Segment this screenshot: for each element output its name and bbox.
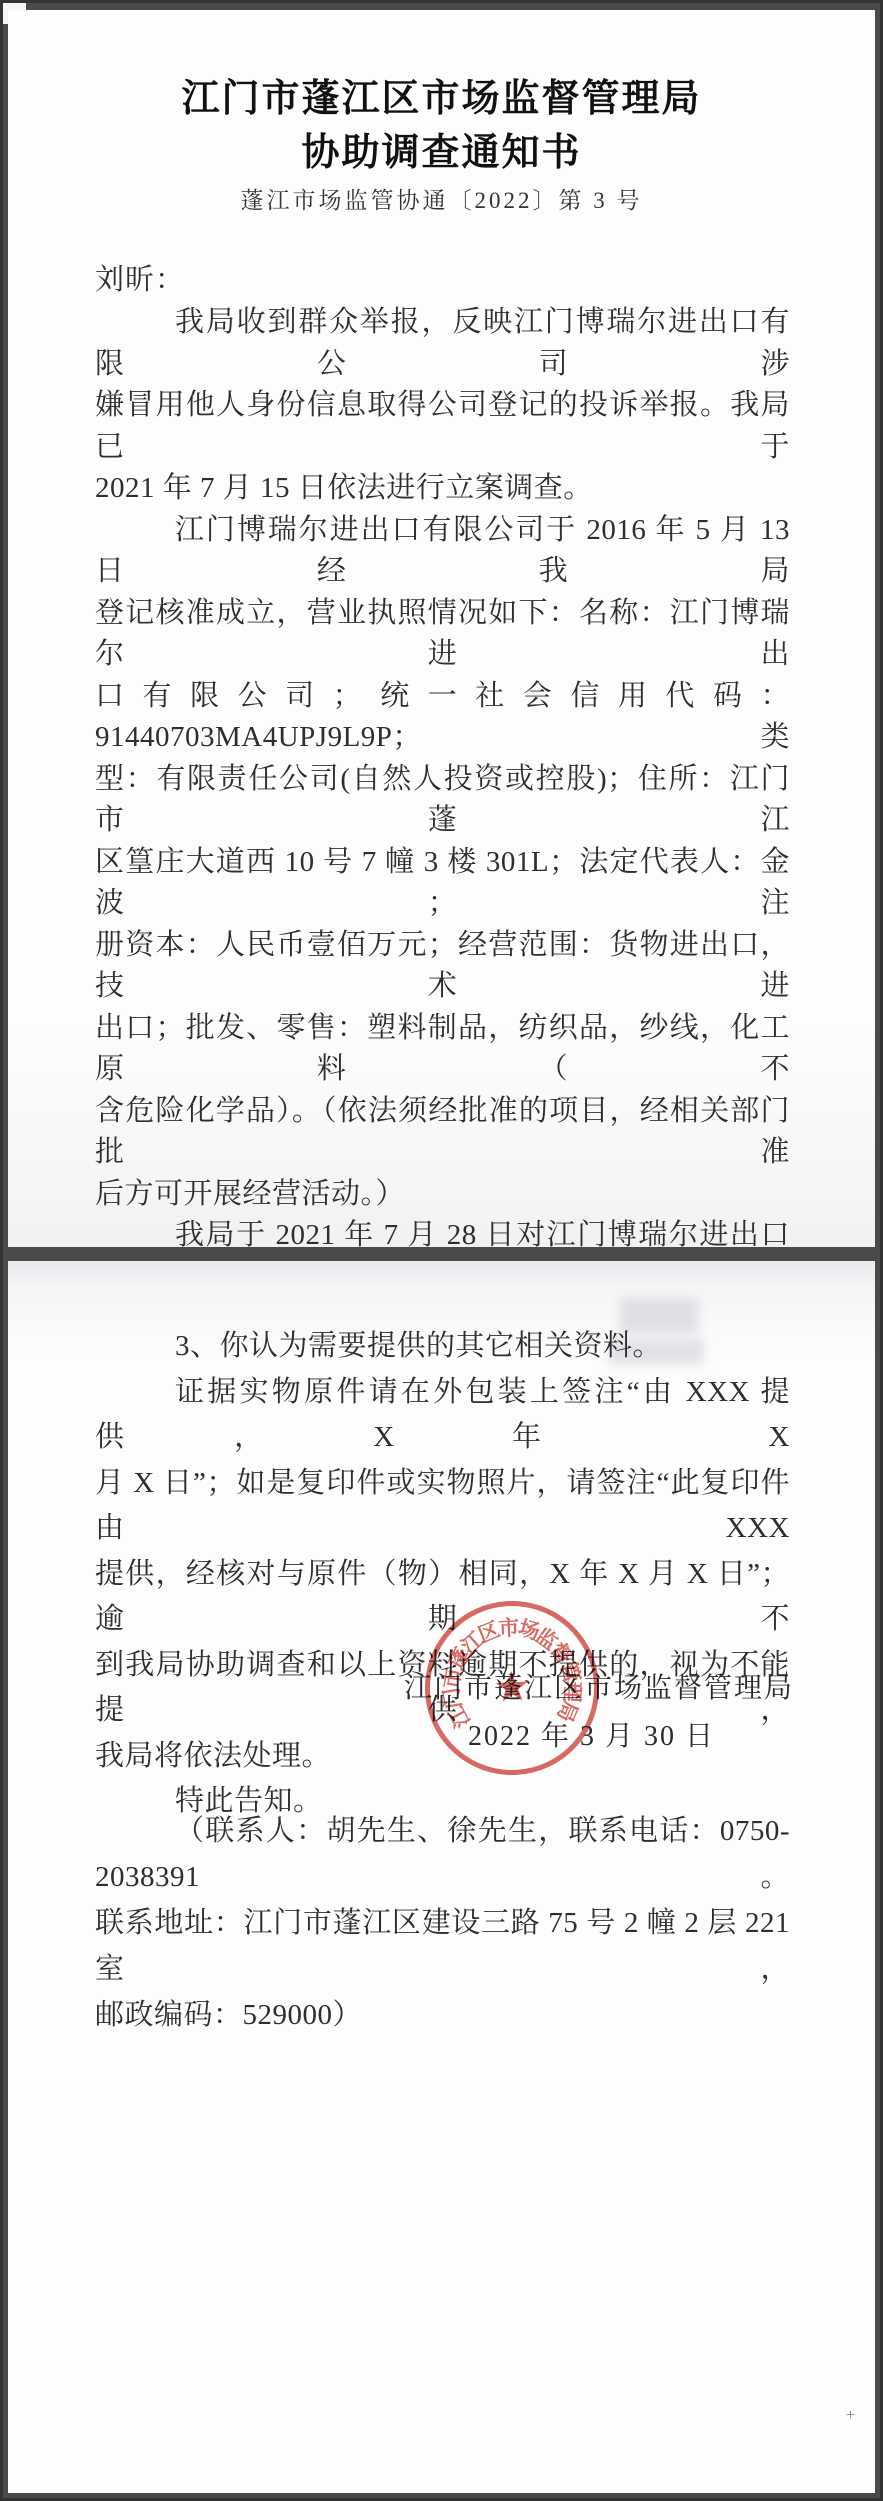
- document-line: 我局收到群众举报，反映江门博瑞尔进出口有限公司涉: [95, 302, 790, 385]
- document-line: 江门博瑞尔进出口有限公司于 2016 年 5 月 13 日经我局: [95, 510, 790, 593]
- salutation: 刘昕：: [95, 260, 185, 301]
- registration-mark: +: [846, 2407, 855, 2425]
- scanned-page-1: 江门市蓬江区市场监督管理局 协助调查通知书 蓬江市场监管协通〔2022〕第 3 …: [8, 10, 875, 1247]
- document-line: 联系地址：江门市蓬江区建设三路 75 号 2 幢 2 层 221 室，: [95, 1900, 790, 1992]
- scanned-page-2: 3、你认为需要提供的其它相关资料。证据实物原件请在外包装上签注“由 XXX 提供…: [8, 1261, 875, 2493]
- document-line: 邮政编码：529000）: [95, 1992, 790, 2038]
- document-line: 登记核准成立，营业执照情况如下：名称：江门博瑞尔进出: [95, 593, 790, 676]
- document-line: 型：有限责任公司(自然人投资或控股)；住所：江门市蓬江: [95, 759, 790, 842]
- official-red-seal: ★ 江门市蓬江区市场监督管理局: [421, 1597, 604, 1780]
- document-number: 蓬江市场监管协通〔2022〕第 3 号: [8, 182, 875, 215]
- document-line: 嫌冒用他人身份信息取得公司登记的投诉举报。我局已于: [95, 385, 790, 468]
- document-line: 3、你认为需要提供的其它相关资料。: [95, 1324, 790, 1370]
- document-line: 册资本：人民币壹佰万元；经营范围：货物进出口，技术进: [95, 925, 790, 1008]
- document-line: 2021 年 7 月 15 日依法进行立案调查。: [95, 468, 790, 510]
- document-line: （联系人：胡先生、徐先生，联系电话：0750-2038391。: [95, 1808, 790, 1900]
- document-line: 证据实物原件请在外包装上签注“由 XXX 提供，X 年 X: [95, 1370, 790, 1461]
- screenshot-root: { "document": { "kind": "scanned officia…: [0, 0, 883, 2501]
- contact-info-text: （联系人：胡先生、徐先生，联系电话：0750-2038391。联系地址：江门市蓬…: [95, 1808, 790, 2038]
- document-line: 月 X 日”；如是复印件或实物照片，请签注“此复印件由 XXX: [95, 1461, 790, 1552]
- document-line: 后方可开展经营活动。）: [95, 1174, 790, 1216]
- document-line: 含危险化学品）。（依法须经批准的项目，经相关部门批准: [95, 1091, 790, 1174]
- document-line: 口有限公司；统一社会信用代码：91440703MA4UPJ9L9P；类: [95, 676, 790, 759]
- document-title-line2: 协助调查通知书: [8, 128, 875, 178]
- document-line: 区篁庄大道西 10 号 7 幢 3 楼 301L；法定代表人：金波；注: [95, 842, 790, 925]
- document-line: 出口；批发、零售：塑料制品，纺织品，纱线，化工原料（不: [95, 1008, 790, 1091]
- document-title-line1: 江门市蓬江区市场监督管理局: [8, 74, 875, 124]
